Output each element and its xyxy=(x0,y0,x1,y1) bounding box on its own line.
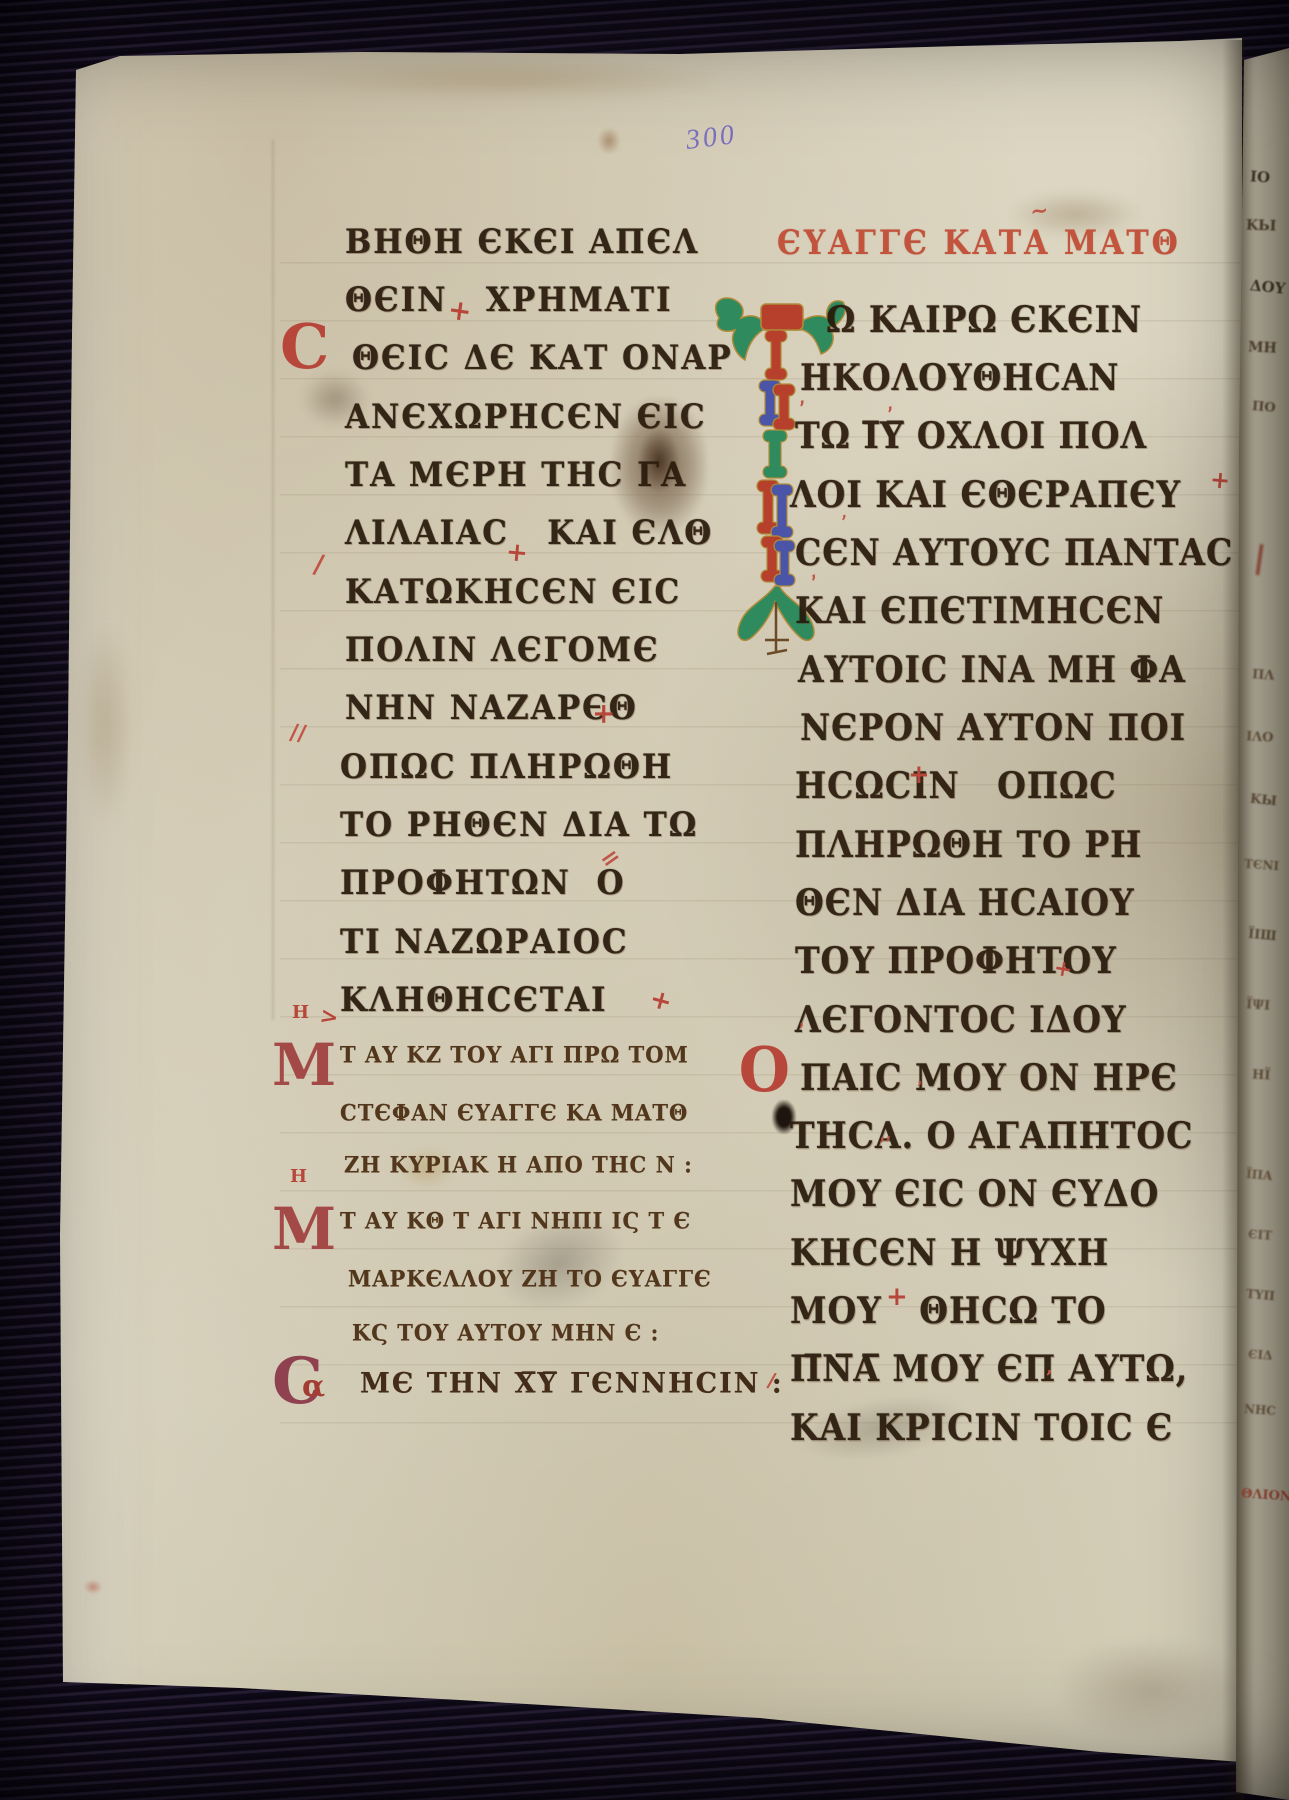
text-line: ΠΑΙϹ ΜΟΥ ΟΝ ΗΡЄ xyxy=(800,1056,1178,1099)
text-line: ΗΚΟΛΟΥΘΗϹΑΝ xyxy=(800,356,1119,399)
text-line: ΤΟ ΡΗΘЄΝ ΔΙΑ ΤΩ xyxy=(340,805,698,845)
edge-text-fragment: ΤЄΝΙ xyxy=(1244,857,1280,873)
text-line: ΜΟΥ ЄΙϹ ΟΝ ЄΥΔΟ xyxy=(790,1172,1159,1215)
text-line: Π̅Ν̅Α̅ ΜΟΥ ЄΠ ΑΥΤΩ, xyxy=(790,1347,1188,1390)
text-line: ΚΛΗΘΗϹЄΤΑΙ xyxy=(340,980,608,1020)
text-line: ΚΑΙ ЄΠЄΤΙΜΗϹЄΝ xyxy=(795,589,1164,632)
text-line: ΤΗϹΑ. Ο ΑΓΑΠΗΤΟϹ xyxy=(790,1114,1193,1157)
initial-sigma: Ϲ xyxy=(280,316,329,378)
rubric-line: ϹΤЄΦΑΝ ЄΥΑΓΓЄ ΚΑ ΜΑΤΘ xyxy=(340,1099,688,1125)
text-line: ΝЄΡΟΝ ΑΥΤΟΝ ΠΟΙ xyxy=(800,706,1186,749)
edge-text-fragment: ΙΛΟ xyxy=(1246,729,1274,745)
text-line: ΒΗΘΗ ЄΚЄΙ ΑΠЄΛ xyxy=(345,222,699,262)
folio-number: 300 xyxy=(684,119,739,157)
edge-text-fragment: ЄΙΤ xyxy=(1248,1227,1273,1243)
edge-text-fragment: ΝΗϹ xyxy=(1244,1402,1277,1418)
edge-text-fragment: ЇΨΙ xyxy=(1246,997,1271,1014)
text-line: ΛΙΛΑΙΑϹ ΚΑΙ ЄΛΘ xyxy=(345,513,713,553)
edge-text-fragment: ΠΛ xyxy=(1252,667,1275,684)
rubric-line: ΚϚ ΤΟΥ ΑΥΤΟΥ ΜΗΝ Є : xyxy=(352,1319,659,1345)
edge-text-fragment: ΙΟ xyxy=(1249,167,1270,186)
edge-text-fragment: ΚЬΙ xyxy=(1246,217,1277,234)
text-line: ΤΟΥ ΠΡΟΦΗΤΟΥ xyxy=(795,939,1117,982)
rubric-line: Τ ΑΥ ΚΖ ΤΟΥ ΑΓΙ ΠΡΩ ΤΟΜ xyxy=(340,1041,689,1067)
stain xyxy=(1060,1640,1240,1740)
edge-text-fragment: ΠΟ xyxy=(1251,399,1276,416)
edge-text-fragment: ΜΗ xyxy=(1248,339,1278,356)
stain xyxy=(598,128,620,154)
edge-text-fragment: ΗΪ xyxy=(1252,1068,1271,1084)
rubric-line: ΖΗ ΚΥΡΙΑΚ Η ΑΠΟ ΤΗϹ Ν : xyxy=(344,1151,693,1177)
text-line: ΘЄΙϹ ΔЄ ΚΑΤ ΟΝΑΡ xyxy=(352,338,733,378)
manuscript-photo: 300 ЄΥΑΓΓЄ ΚΑΤΑ ΜΑΤΘ Ϲ ΒΗΘΗ ЄΚЄΙ ΑΠЄΛ ΘЄ… xyxy=(0,0,1289,1800)
edge-text-fragment: ΤΥΠ xyxy=(1245,1287,1275,1303)
edge-strip: ΙΟΚЬΙΔΟΥΜΗΠΟ⎜ΠΛΙΛΟΚЫΤЄΝΙΪΙШЇΨΙΗΪΪΠΑЄΙΤΤΥ… xyxy=(1236,48,1289,1800)
edge-text-fragment: ЄΙΔ xyxy=(1248,1347,1273,1362)
initial-omicron: Ο xyxy=(739,1039,790,1101)
edge-text-fragment: ΪΙШ xyxy=(1247,927,1277,944)
text-line: ΠΛΗΡΩΘΗ ΤΟ ΡΗ xyxy=(795,823,1142,866)
text-line: Ω ΚΑΙΡΩ ЄΚЄΙΝ xyxy=(826,298,1142,341)
initial-mu-1-sup: Η xyxy=(292,1004,309,1022)
text-line: ΤΩ Ι̅Υ̅ ΟΧΛΟΙ ΠΟΛ xyxy=(795,414,1147,457)
text-line: ΗϹΩϹΙΝ ΟΠΩϹ xyxy=(795,764,1117,807)
text-line: ΟΠΩϹ ΠΛΗΡΩΘΗ xyxy=(340,747,673,787)
initial-mu-2-sup: Η xyxy=(290,1168,307,1186)
edge-text-fragment: ΔΟΥ xyxy=(1249,276,1286,298)
rubric-line: ΜЄ ΤΗΝ Χ̅Υ̅ ΓЄΝΝΗϹΙΝ : xyxy=(360,1367,784,1400)
text-line: ΠΡΟΦΗΤΩΝ Ο xyxy=(340,863,625,903)
edge-text-fragment: ΪΠΑ xyxy=(1245,1167,1272,1183)
initial-mu-1: Μ xyxy=(272,1036,336,1094)
text-line: ΠΟΛΙΝ ΛЄΓΟΜЄ xyxy=(345,630,660,670)
initial-alpha: α xyxy=(302,1372,325,1402)
stain xyxy=(300,58,720,100)
stain xyxy=(84,1580,102,1594)
column-header: ЄΥΑΓΓЄ ΚΑΤΑ ΜΑΤΘ xyxy=(777,224,1181,263)
text-line: ΑΥΤΟΙϹ ΙΝΑ ΜΗ ΦΑ xyxy=(798,648,1186,691)
text-line: ΜΟΥ ΘΗϹΩ ΤΟ xyxy=(790,1289,1107,1332)
text-line: ΚΑΙ ΚΡΙϹΙΝ ΤΟΙϹ Є xyxy=(790,1406,1173,1449)
text-line: ΝΗΝ ΝΑΖΑΡЄΘ xyxy=(345,688,638,728)
text-line: ΛΟΙ ΚΑΙ ЄΘЄΡΑΠЄΥ xyxy=(790,473,1181,516)
text-line: ΑΝЄΧΩΡΗϹЄΝ ЄΙϹ xyxy=(345,397,707,437)
initial-mu-2: Μ xyxy=(272,1200,336,1258)
edge-text-fragment: ΚЫ xyxy=(1249,792,1277,810)
text-line: ΘЄΝ ΔΙΑ ΗϹΑΙΟΥ xyxy=(795,881,1135,924)
edge-text-fragment: ΘΛΙΟΝ xyxy=(1241,1486,1289,1505)
rubric-line: ΜΑΡΚЄΛΛΟΥ ΖΗ ΤΟ ЄΥΑΓΓЄ xyxy=(348,1265,712,1291)
text-line: ΛЄΓΟΝΤΟϹ ΙΔΟΥ xyxy=(795,998,1127,1041)
rubric-line: Τ ΑΥ ΚΘ Τ ΑΓΙ ΝΗΠΙ ΙϚ Τ Є xyxy=(340,1207,691,1233)
text-line: ΘЄΙΝ ΧΡΗΜΑΤΙ xyxy=(345,280,672,320)
edge-text-fragment: ⎜ xyxy=(1254,545,1271,577)
stain xyxy=(78,620,133,830)
text-line: ΤΙ ΝΑΖΩΡΑΙΟϹ xyxy=(340,922,629,962)
text-line: ΤΑ ΜЄΡΗ ΤΗϹ ΓΑ xyxy=(345,455,687,495)
text-line: ΚΗϹЄΝ Η ΨΥΧΗ xyxy=(790,1231,1109,1274)
text-line: ΚΑΤΩΚΗϹЄΝ ЄΙϹ xyxy=(345,572,681,612)
text-line: ϹЄΝ ΑΥΤΟΥϹ ΠΑΝΤΑϹ xyxy=(795,531,1233,574)
